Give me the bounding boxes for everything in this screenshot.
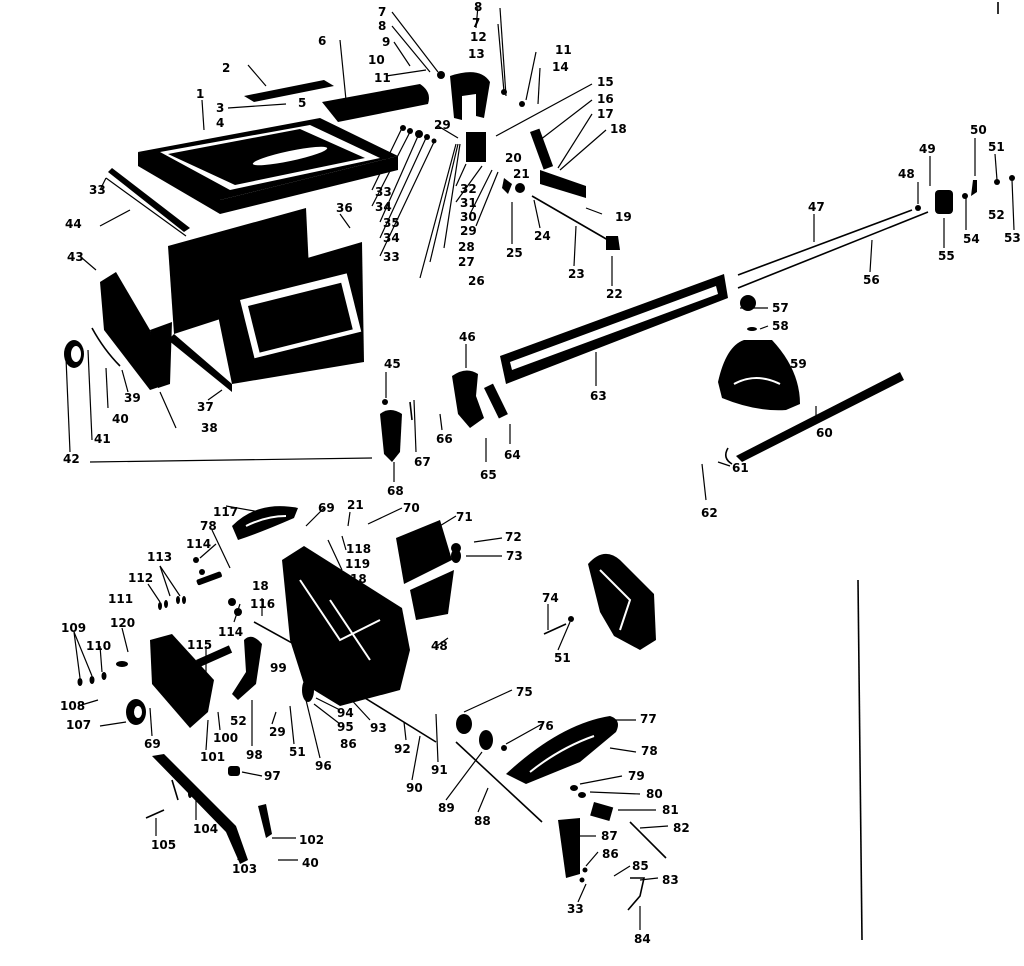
insert-plate: [244, 80, 334, 102]
part-number-label: 13: [468, 48, 485, 61]
part-number-label: 54: [963, 233, 980, 246]
part-number-label: 28: [458, 241, 475, 254]
part-number-label: 2: [222, 62, 230, 75]
part-number-label: 18: [610, 123, 627, 136]
part-number-label: 37: [197, 401, 214, 414]
part-number-label: 110: [86, 640, 111, 653]
part-number-label: 86: [340, 738, 357, 751]
part-number-label: 38: [201, 422, 218, 435]
part-number-label: 50: [970, 124, 987, 137]
part-number-label: 3: [216, 102, 224, 115]
part-number-label: 33: [383, 251, 400, 264]
part-number-label: 48: [431, 640, 448, 653]
part-number-label: 70: [403, 502, 420, 515]
part-number-label: 76: [537, 720, 554, 733]
part-number-label: 105: [151, 839, 176, 852]
part-number-label: 27: [458, 256, 475, 269]
part-number-label: 111: [108, 593, 133, 606]
part-number-label: 104: [193, 823, 218, 836]
part-number-label: 61: [732, 462, 749, 475]
part-number-label: 99: [270, 662, 287, 675]
part-number-label: 33: [567, 903, 584, 916]
part-number-label: 52: [988, 209, 1005, 222]
motor-mount-plate: [126, 634, 232, 728]
part-number-label: 7: [472, 17, 480, 30]
part-number-label: 56: [863, 274, 880, 287]
part-number-label: 69: [318, 502, 335, 515]
part-number-label: 83: [662, 874, 679, 887]
part-number-label: 11: [374, 72, 391, 85]
part-number-label: 113: [147, 551, 172, 564]
part-number-label: 88: [474, 815, 491, 828]
part-number-label: 81: [662, 804, 679, 817]
part-number-label: 25: [506, 247, 523, 260]
part-number-label: 4: [216, 117, 224, 130]
part-number-label: 47: [808, 201, 825, 214]
part-number-label: 100: [213, 732, 238, 745]
part-number-label: 7: [378, 6, 386, 19]
part-number-label: 86: [602, 848, 619, 861]
part-number-label: 71: [456, 511, 473, 524]
part-number-label: 89: [438, 802, 455, 815]
part-number-label: 8: [378, 20, 386, 33]
part-number-label: 46: [459, 331, 476, 344]
part-number-label: 51: [554, 652, 571, 665]
part-number-label: 114: [186, 538, 211, 551]
part-number-label: 78: [200, 520, 217, 533]
part-number-label: 58: [772, 320, 789, 333]
cabinet-base: [168, 208, 364, 392]
part-number-label: 108: [60, 700, 85, 713]
blade-guard-cover: [232, 506, 298, 540]
part-number-label: 77: [640, 713, 657, 726]
part-number-label: 75: [516, 686, 533, 699]
part-number-label: 45: [384, 358, 401, 371]
part-number-label: 33: [375, 186, 392, 199]
part-number-label: 40: [112, 413, 129, 426]
part-number-label: 95: [337, 721, 354, 734]
part-number-label: 66: [436, 433, 453, 446]
part-number-label: 17: [597, 108, 614, 121]
part-number-label: 59: [790, 358, 807, 371]
part-number-label: 102: [299, 834, 324, 847]
part-number-label: 19: [615, 211, 632, 224]
part-number-label: 18: [252, 580, 269, 593]
part-number-label: 69: [144, 738, 161, 751]
part-number-label: 9: [382, 36, 390, 49]
part-number-label: 118: [346, 543, 371, 556]
part-number-label: 87: [601, 830, 618, 843]
part-number-label: 20: [505, 152, 522, 165]
part-number-label: 41: [94, 433, 111, 446]
part-number-label: 101: [200, 751, 225, 764]
part-number-label: 51: [988, 141, 1005, 154]
part-number-label: 74: [542, 592, 559, 605]
part-number-label: 94: [337, 707, 354, 720]
part-number-label: 90: [406, 782, 423, 795]
part-number-label: 12: [470, 31, 487, 44]
trunnion-bracket: [544, 554, 656, 650]
part-number-label: 21: [347, 499, 364, 512]
part-number-label: 8: [474, 1, 482, 14]
part-number-label: 112: [128, 572, 153, 585]
part-number-label: 1: [196, 88, 204, 101]
part-number-label: 24: [534, 230, 551, 243]
table-top: [138, 118, 398, 214]
part-number-label: 93: [370, 722, 387, 735]
part-number-label: 23: [568, 268, 585, 281]
part-number-label: 53: [1004, 232, 1021, 245]
part-number-label: 15: [597, 76, 614, 89]
blade-guard-top: [322, 84, 429, 122]
part-number-label: 97: [264, 770, 281, 783]
part-number-label: 11: [555, 44, 572, 57]
tilt-arm: [232, 637, 262, 700]
part-number-label: 33: [89, 184, 106, 197]
part-number-label: 98: [246, 749, 263, 762]
part-number-label: 48: [898, 168, 915, 181]
part-number-label: 107: [66, 719, 91, 732]
part-number-label: 109: [61, 622, 86, 635]
part-number-label: 30: [460, 211, 477, 224]
part-number-label: 36: [336, 202, 353, 215]
part-number-label: 92: [394, 743, 411, 756]
part-number-label: 60: [816, 427, 833, 440]
part-number-label: 103: [232, 863, 257, 876]
part-number-label: 115: [187, 639, 212, 652]
part-number-label: 57: [772, 302, 789, 315]
right-scan-line: [858, 580, 862, 940]
part-number-label: 6: [318, 35, 326, 48]
part-number-label: 84: [634, 933, 651, 946]
part-number-label: 29: [269, 726, 286, 739]
fence-clamp: [452, 370, 508, 428]
part-number-label: 119: [345, 558, 370, 571]
part-number-label: 67: [414, 456, 431, 469]
part-number-label: 21: [513, 168, 530, 181]
part-number-label: 34: [375, 201, 392, 214]
side-door-panel: [64, 272, 172, 390]
part-number-label: 85: [632, 860, 649, 873]
part-number-label: 5: [298, 97, 306, 110]
part-number-label: 78: [641, 745, 658, 758]
part-number-label: 32: [460, 183, 477, 196]
part-number-label: 49: [919, 143, 936, 156]
part-number-label: 63: [590, 390, 607, 403]
part-number-label: 55: [938, 250, 955, 263]
part-number-label: 39: [124, 392, 141, 405]
part-number-label: 31: [460, 197, 477, 210]
part-number-label: 29: [460, 225, 477, 238]
part-number-label: 82: [673, 822, 690, 835]
part-number-label: 43: [67, 251, 84, 264]
part-number-label: 40: [302, 857, 319, 870]
part-number-label: 42: [63, 453, 80, 466]
part-number-label: 120: [110, 617, 135, 630]
part-number-label: 80: [646, 788, 663, 801]
tilt-housing: [506, 716, 666, 858]
part-number-label: 72: [505, 531, 522, 544]
part-number-label: 34: [383, 232, 400, 245]
part-number-label: 51: [289, 746, 306, 759]
part-number-label: 65: [480, 469, 497, 482]
part-number-label: 114: [218, 626, 243, 639]
part-number-label: 14: [552, 61, 569, 74]
part-number-label: 62: [701, 507, 718, 520]
part-number-label: 91: [431, 764, 448, 777]
part-number-label: 73: [506, 550, 523, 563]
part-number-label: 64: [504, 449, 521, 462]
part-number-label: 22: [606, 288, 623, 301]
part-number-label: 116: [250, 598, 275, 611]
part-number-label: 10: [368, 54, 385, 67]
part-number-label: 68: [387, 485, 404, 498]
part-number-label: 52: [230, 715, 247, 728]
fence-lock-handle: [380, 399, 412, 462]
part-number-label: 96: [315, 760, 332, 773]
part-number-label: 117: [213, 506, 238, 519]
part-number-label: 44: [65, 218, 82, 231]
part-number-label: 79: [628, 770, 645, 783]
part-number-label: 26: [468, 275, 485, 288]
miter-gauge: [718, 295, 904, 464]
saw-blade: [396, 520, 461, 620]
part-number-label: 29: [434, 119, 451, 132]
part-number-label: 16: [597, 93, 614, 106]
exploded-parts-diagram: [0, 0, 1024, 966]
part-number-label: 35: [383, 217, 400, 230]
part-number-label: 18: [350, 573, 367, 586]
